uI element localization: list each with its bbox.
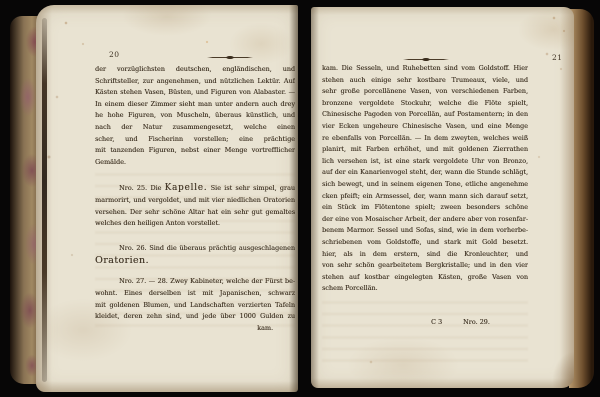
text-line: auf der ein Kanarienvogel steht, der, wa… [322, 167, 528, 179]
text-line: marmorirt, und vergoldet, und mit vier n… [95, 195, 295, 207]
paragraph: Nro. 27. — 28. Zwey Kabineter, welche de… [95, 276, 295, 334]
text-line: benem Marmor. Sessel und Sofas, sind, wi… [322, 225, 528, 237]
text-line: Schriftsteller, zur angenehmen, und nütz… [95, 76, 295, 88]
paragraph: Nro. 25. Die Kapelle. Sie ist sehr simpe… [95, 183, 295, 229]
text-line: stehen auf kostbar eingelegten Kästen, g… [322, 272, 528, 284]
right-page: 21 kam. Die Sesseln, und Ruhebetten sind… [311, 7, 574, 388]
text-line: stehen auch einige sehr kostbare Trumeau… [322, 75, 528, 87]
text-line: wohnt. Eines derselben ist mit Japanisch… [95, 288, 295, 300]
right-page-number: 21 [552, 53, 563, 62]
open-book-photo: 20 der vorzüglichsten deutschen, engländ… [0, 0, 600, 397]
text-line: Nro. 25. Die Kapelle. Sie ist sehr simpe… [95, 183, 295, 195]
paragraph: Nro. 26. Sind die überaus prächtig ausge… [95, 243, 295, 269]
right-page-header: 21 [322, 49, 562, 63]
text-line: Kästen stehen Vasen, Büsten, und Figuren… [95, 87, 295, 99]
text-line: versehen. Der sehr schöne Altar hat ein … [95, 207, 295, 219]
header-rule-ornament [207, 55, 253, 60]
signature-mark: C 3 [431, 317, 442, 329]
text-line: sich bewegt, und in seinem eigenen Tone,… [322, 179, 528, 191]
text-line: scher, und Fischerinn vorstellen; eine p… [95, 134, 295, 146]
paragraph: der vorzüglichsten deutschen, engländisc… [95, 64, 295, 168]
text-line: welches den heiligen Anton vorstellet. [95, 218, 295, 230]
text-line: cken pfeift; ein Armsessel, der, wann ma… [322, 191, 528, 203]
text-fragment: Sie ist sehr simpel, grau [207, 184, 295, 192]
text-line: der eine von Mosaischer Arbeit, der ande… [322, 214, 528, 226]
left-page-text: der vorzüglichsten deutschen, engländisc… [95, 64, 295, 334]
text-line: mit tanzenden Figuren, nebst einer Menge… [95, 145, 295, 157]
right-page-text: kam. Die Sesseln, und Ruhebetten sind vo… [322, 63, 528, 295]
text-line: nach der Natur zusammengesetzt, welche e… [95, 122, 295, 134]
section-number: Nro. 25. Die [119, 184, 165, 192]
text-line: Gemälde. [95, 157, 295, 169]
right-page-footer: C 3 Nro. 29. [322, 317, 528, 329]
header-rule-ornament [403, 57, 449, 62]
text-line: he hohe Figuren, von Muscheln, überaus k… [95, 110, 295, 122]
text-line: lich versehen ist, ist eine stark vergol… [322, 156, 528, 168]
text-line: von sehr schön gearbeitetem Bergkristall… [322, 260, 528, 272]
left-page-header: 20 [95, 47, 295, 61]
section-heading-kapelle: Kapelle. [165, 183, 208, 193]
text-line: Chinesische Pagoden von Porcellän, auf P… [322, 109, 528, 121]
text-line: sehr große porcellänene Vasen, von versc… [322, 86, 528, 98]
binding-crack [42, 18, 47, 382]
catchword: kam. [95, 323, 295, 335]
left-page-number: 20 [109, 50, 120, 59]
text-line: In einem dieser Zimmer sieht man unter a… [95, 99, 295, 111]
section-heading-oratorien: Oratorien. [95, 254, 295, 268]
text-line: re ebenfalls von Porcellän. — In dem zwe… [322, 133, 528, 145]
text-line: schriebenen vom Goldstoffe, und stark mi… [322, 237, 528, 249]
text-line: planirt, mit Farben erhöhet, und mit gol… [322, 144, 528, 156]
text-line: hier, als in dem erstern, sind die Kronl… [322, 249, 528, 261]
show-through-text [322, 301, 528, 367]
text-line: vier Ecken ungeheure Chinesische Vasen, … [322, 121, 528, 133]
text-line: kleidet, deren zehn sind, und jede über … [95, 311, 295, 323]
text-line: der vorzüglichsten deutschen, engländisc… [95, 64, 295, 76]
left-page: 20 der vorzüglichsten deutschen, engländ… [36, 5, 298, 392]
text-line: Nro. 27. — 28. Zwey Kabineter, welche de… [95, 276, 295, 288]
text-line: Nro. 26. Sind die überaus prächtig ausge… [95, 243, 295, 255]
text-line: bronzene vergoldete Stockuhr, welche die… [322, 98, 528, 110]
text-line: schem Porcellän. [322, 283, 528, 295]
text-line: mit goldenen Blumen, und Landschaften ve… [95, 300, 295, 312]
text-line: kam. Die Sesseln, und Ruhebetten sind vo… [322, 63, 528, 75]
text-line: ein Stück im Flötentone spielt; zween be… [322, 202, 528, 214]
catchword: Nro. 29. [463, 317, 490, 329]
